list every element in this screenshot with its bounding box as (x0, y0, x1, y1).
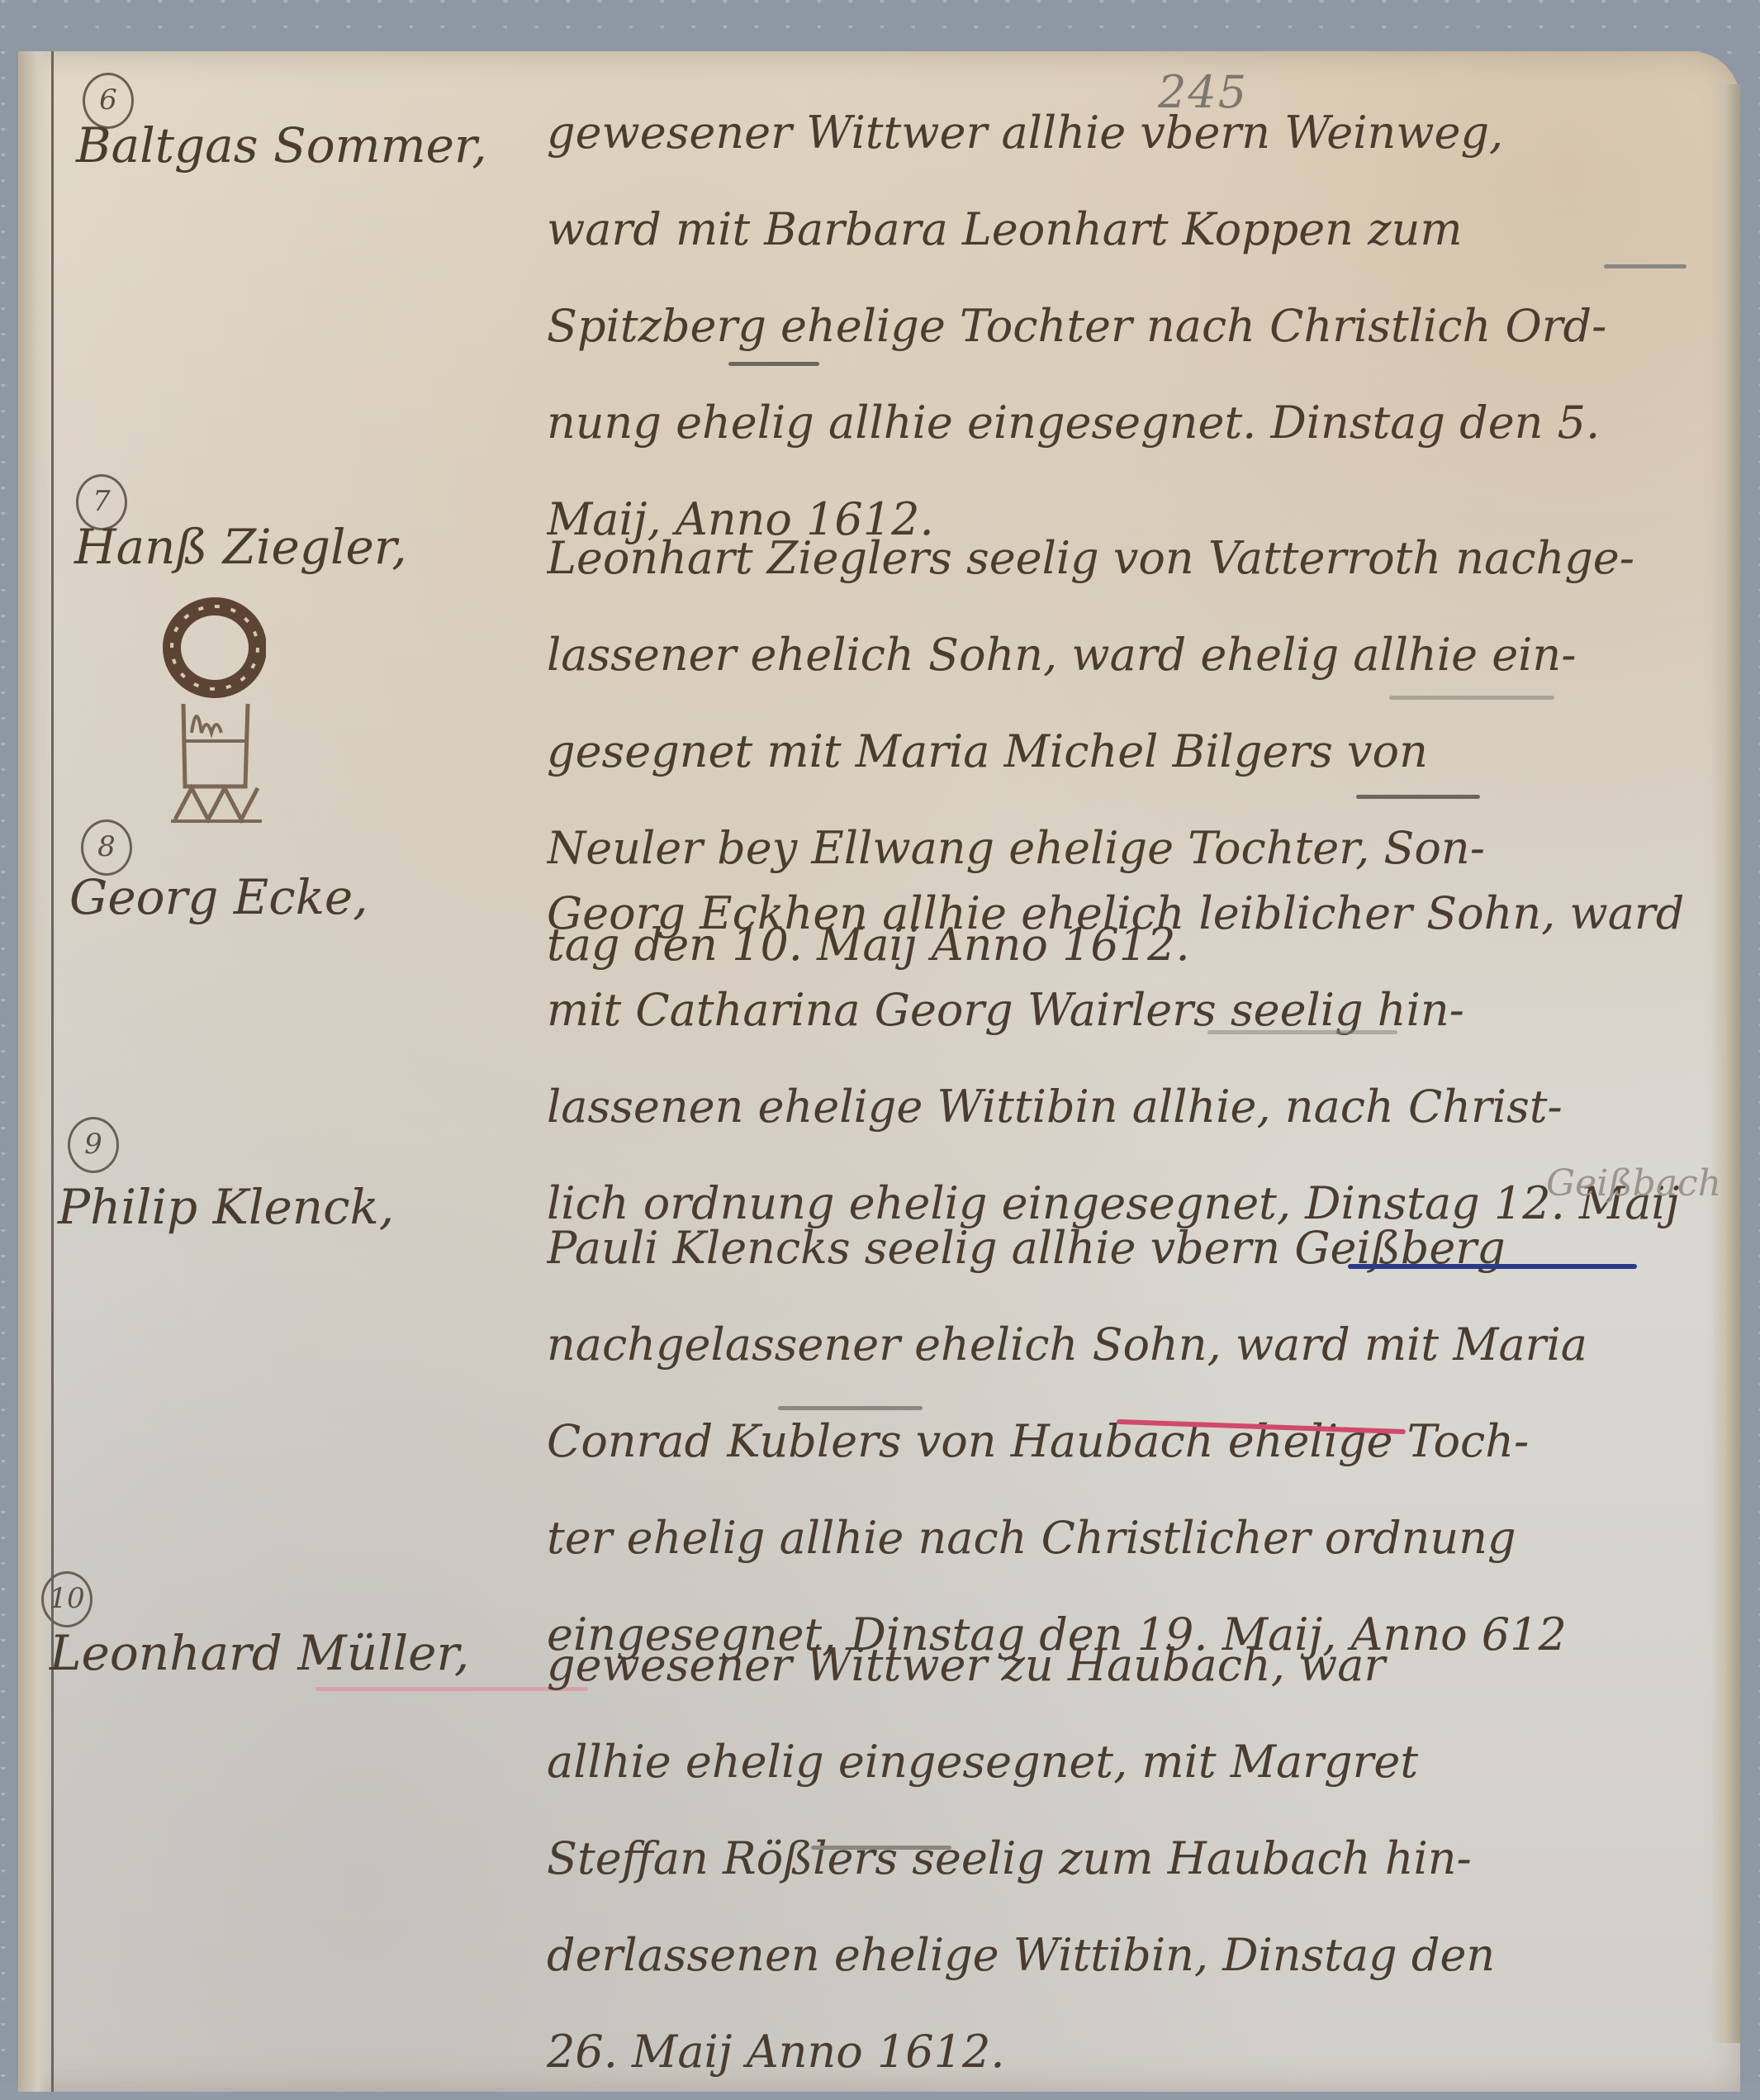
entry-line: Steffan Rößlers seelig zum Haubach hin- (547, 1810, 1720, 1907)
book-gutter (18, 51, 54, 2083)
entry-line: mit Catharina Georg Wairlers seelig hin- (547, 962, 1720, 1058)
groom-name: Georg Ecke, (69, 869, 368, 925)
entry-line: derlassenen ehelige Wittibin, Dinstag de… (547, 1907, 1720, 2003)
pencil-underline (1604, 264, 1686, 268)
groom-name: Philip Klenck, (58, 1179, 394, 1235)
entry-line: Pauli Klencks seelig allhie vbern Geißbe… (547, 1200, 1720, 1296)
entry-line: ter ehelig allhie nach Christlicher ordn… (547, 1489, 1720, 1586)
house-mark-icon (159, 596, 266, 853)
entry-line: gewesener Wittwer allhie vbern Weinweg, (547, 84, 1720, 181)
pencil-underline (778, 1406, 923, 1410)
register-page: 245 6 Baltgas Sommer, gewesener Wittwer … (18, 51, 1740, 2083)
entry-number-circle: 9 (68, 1117, 119, 1173)
entry-text: gewesener Wittwer allhie vbern Weinweg, … (547, 84, 1720, 568)
pencil-underline (811, 1846, 951, 1850)
blue-underline (1348, 1264, 1637, 1269)
groom-name: Hanß Ziegler, (74, 519, 407, 575)
entry-line: lassenen ehelige Wittibin allhie, nach C… (547, 1058, 1720, 1155)
pencil-underline (1207, 1030, 1397, 1034)
pencil-note: Geißbach (1546, 1162, 1721, 1204)
entry-line: nung ehelig allhie eingesegnet. Dinstag … (547, 374, 1720, 471)
entry-line: Georg Eckhen allhie ehelich leiblicher S… (547, 865, 1720, 962)
entry-line: lassener ehelich Sohn, ward ehelig allhi… (547, 606, 1720, 703)
entry-line: Spitzberg ehelige Tochter nach Christlic… (547, 278, 1720, 374)
entry-line: ward mit Barbara Leonhart Koppen zum (547, 181, 1720, 278)
groom-name: Baltgas Sommer, (76, 117, 487, 173)
entry-line: allhie ehelig eingesegnet, mit Margret (547, 1713, 1720, 1810)
entry-number-circle: 10 (41, 1571, 93, 1627)
entry-line: Conrad Kublers von Haubach ehelige Toch- (547, 1393, 1720, 1489)
entry-line: gesegnet mit Maria Michel Bilgers von (547, 703, 1720, 800)
entry-line: nachgelassener ehelich Sohn, ward mit Ma… (547, 1296, 1720, 1393)
entry-text: Pauli Klencks seelig allhie vbern Geißbe… (547, 1200, 1720, 1683)
pencil-underline (728, 362, 819, 366)
entry-line: 26. Maij Anno 1612. (547, 2003, 1720, 2083)
pencil-underline (1389, 696, 1554, 700)
groom-name: Leonhard Müller, (50, 1625, 469, 1681)
entry-number-circle: 8 (81, 820, 132, 876)
entry-line: Leonhart Zieglers seelig von Vatterroth … (547, 510, 1720, 606)
pencil-underline (1356, 795, 1480, 799)
entry-line: gewesener Wittwer zu Haubach, war (547, 1617, 1720, 1713)
entry-text: gewesener Wittwer zu Haubach, war allhie… (547, 1617, 1720, 2083)
entry-text: Georg Eckhen allhie ehelich leiblicher S… (547, 865, 1720, 1252)
